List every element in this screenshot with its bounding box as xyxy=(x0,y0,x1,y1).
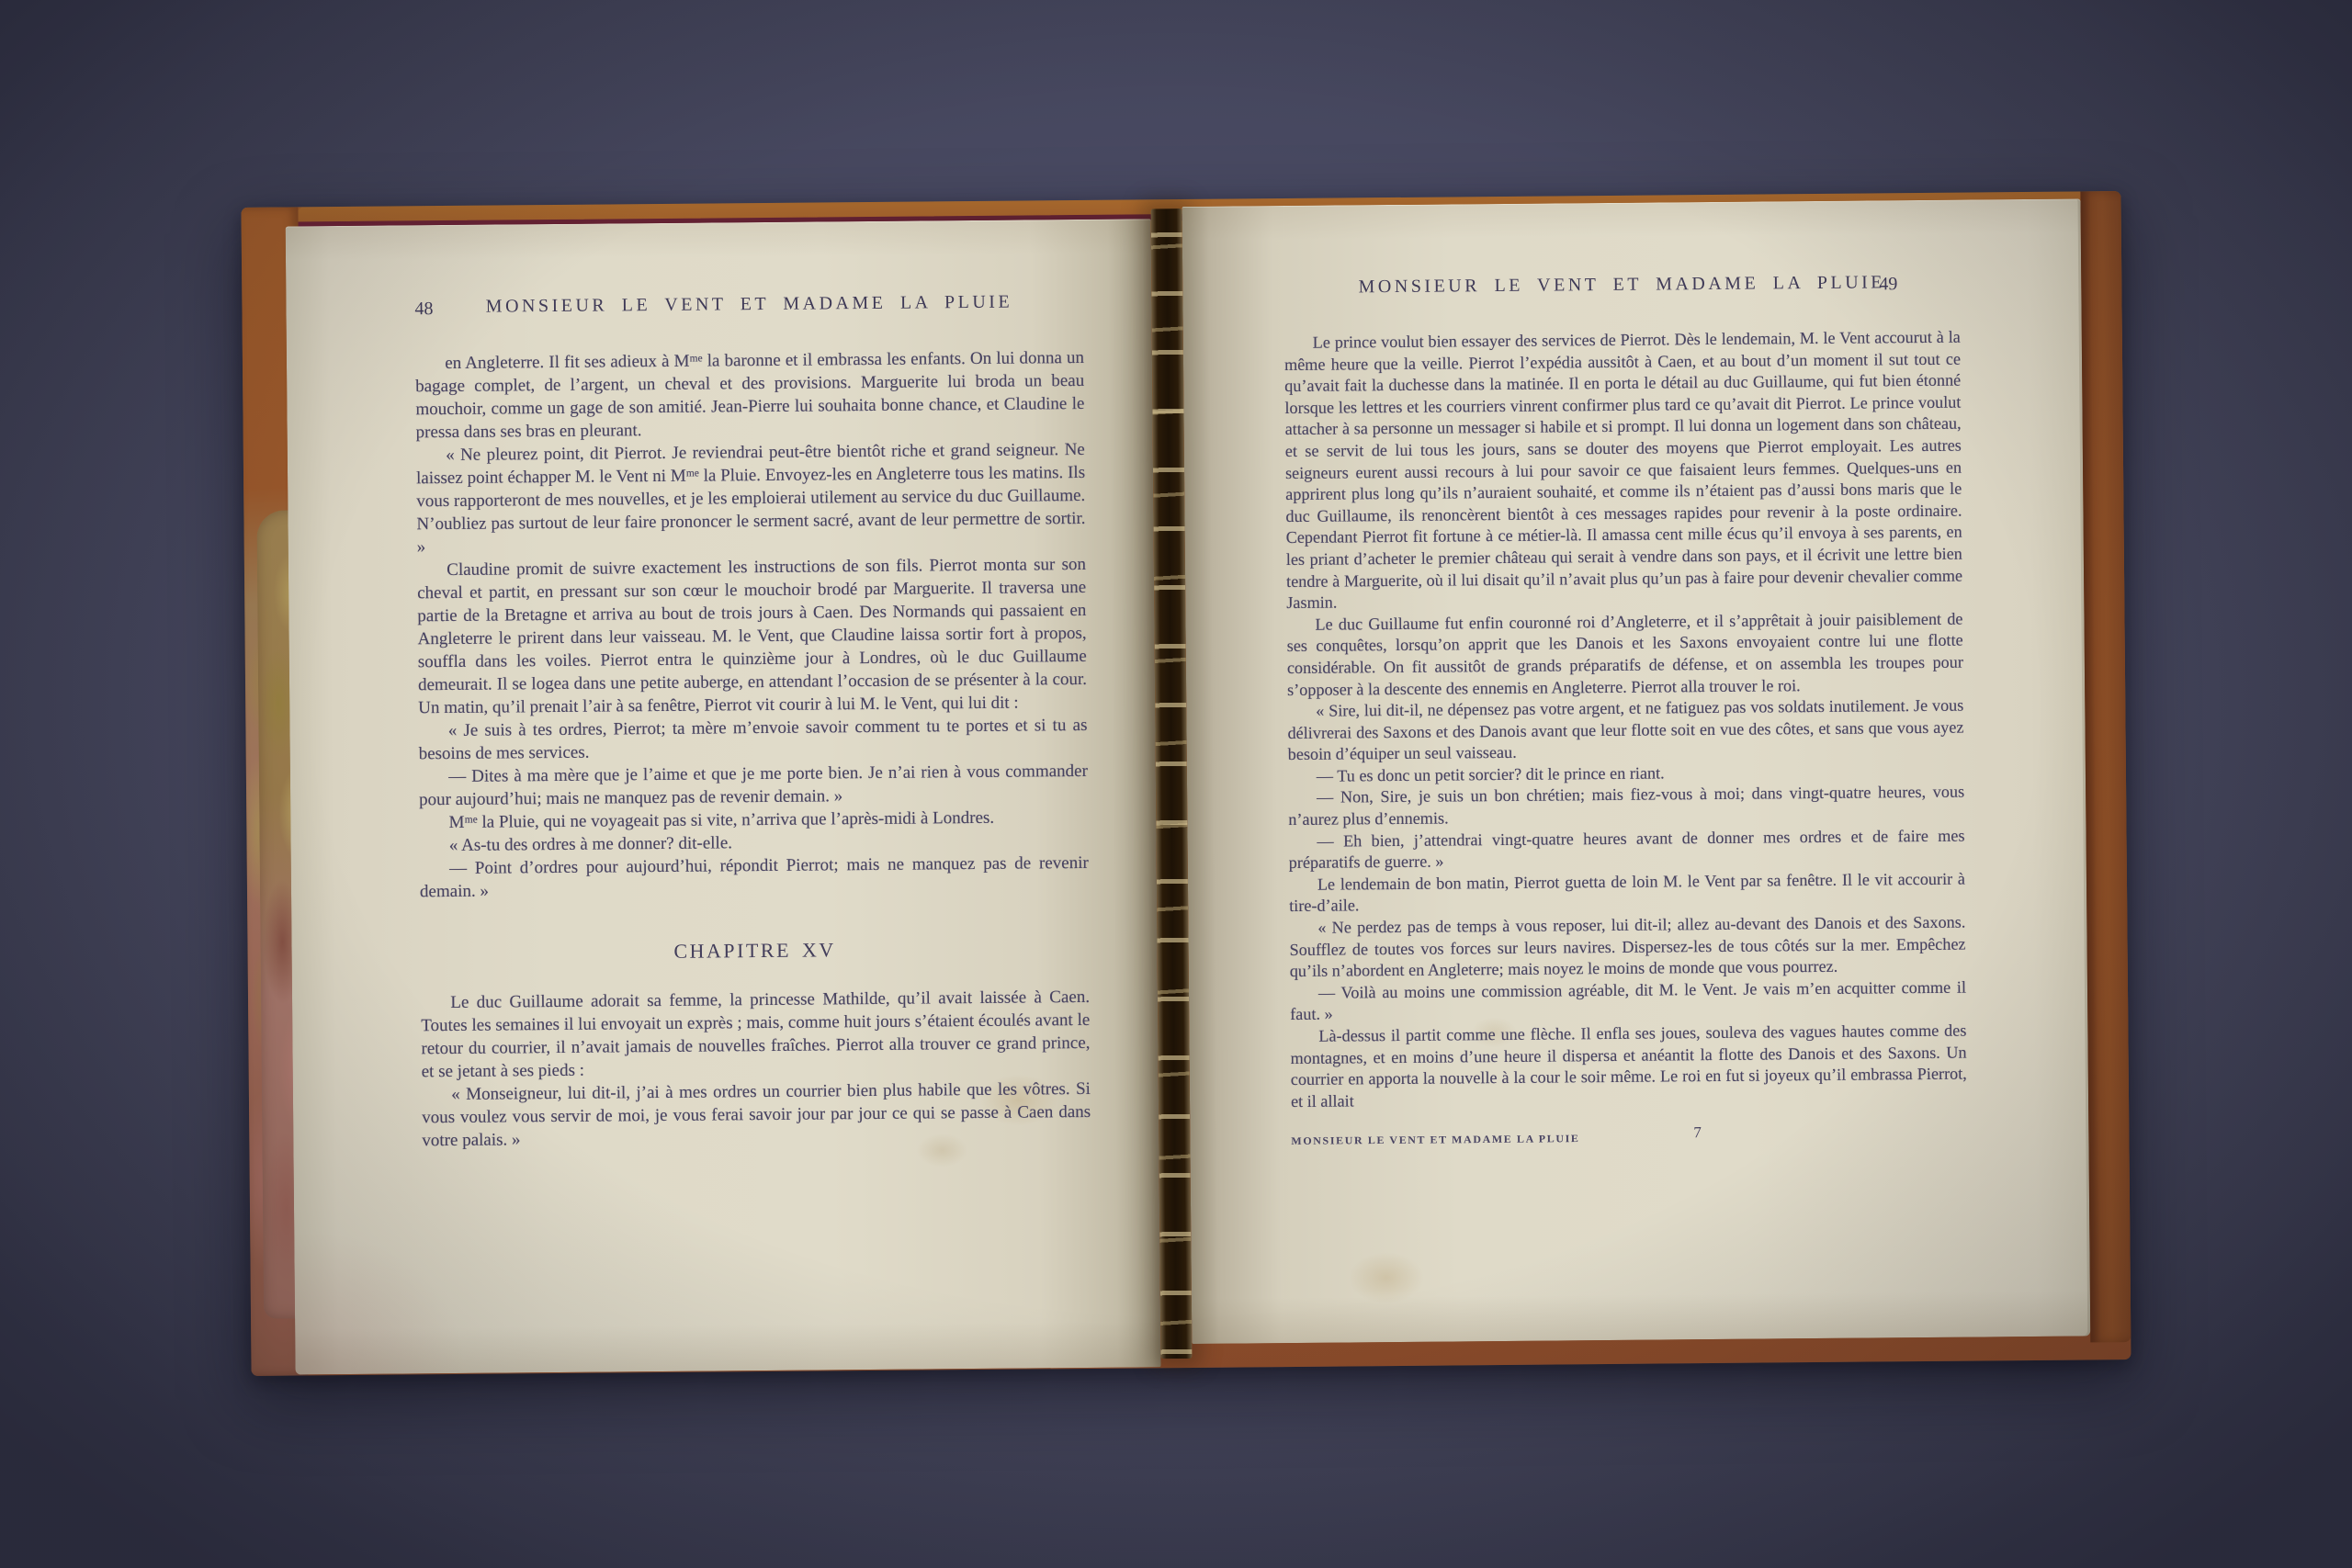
left-page-body: en Angleterre. Il fit ses adieux à Mᵐᵉ l… xyxy=(415,346,1089,903)
left-running-title: MONSIEUR LE VENT ET MADAME LA PLUIE xyxy=(486,292,1013,318)
book-paragraph: Là-dessus il partit comme une flèche. Il… xyxy=(1290,1021,1967,1113)
left-page-content: 48 MONSIEUR LE VENT ET MADAME LA PLUIE e… xyxy=(414,291,1092,1337)
right-page-body: Le prince voulut bien essayer des servic… xyxy=(1284,327,1967,1113)
right-running-head: MONSIEUR LE VENT ET MADAME LA PLUIE 49 xyxy=(1283,272,1960,309)
right-running-title: MONSIEUR LE VENT ET MADAME LA PLUIE xyxy=(1358,272,1885,298)
book-paragraph: Le duc Guillaume adorait sa femme, la pr… xyxy=(421,986,1091,1083)
book-paragraph: « Sire, lui dit-il, ne dépensez pas votr… xyxy=(1287,695,1964,766)
book-paragraph: — Non, Sire, je suis un bon chrétien; ma… xyxy=(1288,782,1964,831)
book-paragraph: « Monseigneur, lui dit-il, j’ai à mes or… xyxy=(422,1077,1091,1152)
book-paragraph: en Angleterre. Il fit ses adieux à Mᵐᵉ l… xyxy=(415,346,1085,444)
book-paragraph: « Ne pleurez point, dit Pierrot. Je revi… xyxy=(416,438,1086,558)
chapter-heading: CHAPITRE XV xyxy=(420,936,1089,965)
book-paragraph: « Je suis à tes ordres, Pierrot; ta mère… xyxy=(418,714,1087,765)
book-paragraph: — Voilà au moins une commission agréable… xyxy=(1290,976,1966,1026)
left-running-head: 48 MONSIEUR LE VENT ET MADAME LA PLUIE xyxy=(414,291,1083,328)
book-paragraph: « Ne perdez pas de temps à vous reposer,… xyxy=(1289,912,1966,983)
chapter-body: Le duc Guillaume adorait sa femme, la pr… xyxy=(421,986,1091,1152)
book-paragraph: Claudine promit de suivre exactement les… xyxy=(417,553,1087,719)
book-paragraph: Le duc Guillaume fut enfin couronné roi … xyxy=(1286,608,1963,701)
left-page: 48 MONSIEUR LE VENT ET MADAME LA PLUIE e… xyxy=(286,219,1161,1374)
book: 48 MONSIEUR LE VENT ET MADAME LA PLUIE e… xyxy=(241,191,2131,1376)
right-page-content: MONSIEUR LE VENT ET MADAME LA PLUIE 49 L… xyxy=(1283,272,1969,1312)
book-paragraph: — Dites à ma mère que je l’aime et que j… xyxy=(419,760,1088,811)
book-paragraph: — Eh bien, j’attendrai vingt-quatre heur… xyxy=(1288,825,1964,874)
signature-number: 7 xyxy=(1693,1123,1702,1142)
right-page: MONSIEUR LE VENT ET MADAME LA PLUIE 49 L… xyxy=(1182,198,2091,1343)
right-page-number: 49 xyxy=(1879,274,1897,295)
signature-footer: MONSIEUR LE VENT ET MADAME LA PLUIE 7 xyxy=(1291,1122,1967,1155)
book-paragraph: Le lendemain de bon matin, Pierrot guett… xyxy=(1289,868,1965,918)
left-page-number: 48 xyxy=(414,299,433,320)
signature-title: MONSIEUR LE VENT ET MADAME LA PLUIE xyxy=(1291,1133,1579,1148)
photo-of-open-book: 48 MONSIEUR LE VENT ET MADAME LA PLUIE e… xyxy=(0,0,2352,1568)
book-paragraph: Le prince voulut bien essayer des servic… xyxy=(1284,327,1963,615)
book-paragraph: — Point d’ordres pour aujourd’hui, répon… xyxy=(420,852,1089,903)
